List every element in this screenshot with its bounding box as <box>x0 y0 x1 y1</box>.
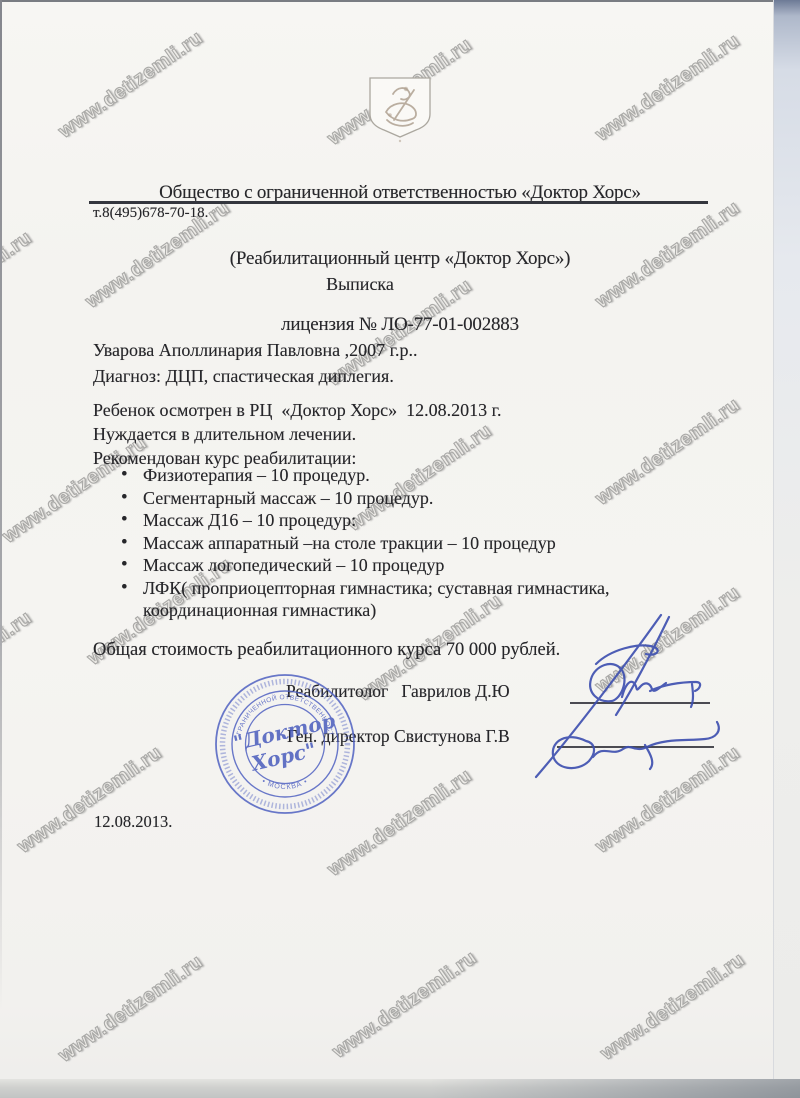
signature-2-baseline <box>593 722 719 757</box>
watermark-text: www.detizemli.ru <box>589 943 758 1071</box>
watermark-text: www.detizemli.ru <box>584 24 753 152</box>
watermark-text: www.detizemli.ru <box>0 601 44 729</box>
patient-block: Уварова Аполлинария Павловна ,2007 г.р..… <box>93 337 417 389</box>
scanned-document-page: www.detizemli.ruwww.detizemli.ruwww.deti… <box>0 0 800 1098</box>
diagnosis-line: Диагноз: ДЦП, спастическая диплегия. <box>93 366 394 386</box>
need-line: Нуждается в длительном лечении. <box>93 424 356 444</box>
scan-band-right <box>773 0 800 1098</box>
org-center-line: (Реабилитационный центр «Доктор Хорс») <box>0 248 800 270</box>
rehab-list-item: Массаж аппаратный –на столе тракции – 10… <box>120 532 612 555</box>
scan-band-bottom-right <box>430 1079 800 1098</box>
signature-1-loop <box>590 664 624 701</box>
rehab-list-item: Физиотерапия – 10 процедур. <box>120 464 612 487</box>
watermark-text: www.detizemli.ru <box>6 736 175 864</box>
total-cost-line: Общая стоимость реабилитационного курса … <box>93 640 560 661</box>
exam-line: Ребенок осмотрен в РЦ «Доктор Хорс» 12.0… <box>93 400 501 420</box>
svg-text:• МОСКВА •: • МОСКВА • <box>261 776 310 791</box>
phone-number: т.8(495)678-70-18. <box>93 205 208 222</box>
scan-edge-left <box>0 0 2 1010</box>
handwritten-signatures <box>520 595 775 800</box>
header-divider-line <box>89 201 708 204</box>
signature-1-tail <box>691 684 693 707</box>
exam-block: Ребенок осмотрен в РЦ «Доктор Хорс» 12.0… <box>93 398 501 470</box>
watermark-text: www.detizemli.ru <box>47 21 216 149</box>
signature-2-descender <box>645 745 652 769</box>
watermark-text: www.detizemli.ru <box>47 945 216 1073</box>
rehab-list-item: Массаж Д16 – 10 процедур: <box>120 509 612 532</box>
scan-edge-top <box>0 0 776 2</box>
document-title: Выписка <box>60 274 660 295</box>
rehab-list-item: Массаж логопедический – 10 процедур <box>120 554 612 577</box>
company-round-stamp: С ОГРАНИЧЕННОЙ ОТВЕТСТВЕННОСТЬЮ • МОСКВА… <box>205 664 365 824</box>
rehab-list-item: Сегментарный массаж – 10 процедур. <box>120 487 612 510</box>
stamp-ring-text-bottom: • МОСКВА • <box>261 776 310 791</box>
license-line: лицензия № ЛО-77-01-002883 <box>0 314 800 336</box>
watermark-text: www.detizemli.ru <box>321 941 490 1069</box>
patient-line: Уварова Аполлинария Павловна ,2007 г.р.. <box>93 340 417 360</box>
document-date: 12.08.2013. <box>94 812 172 832</box>
signature-2-loop <box>553 737 594 768</box>
moscow-coat-of-arms-logo <box>360 68 440 146</box>
